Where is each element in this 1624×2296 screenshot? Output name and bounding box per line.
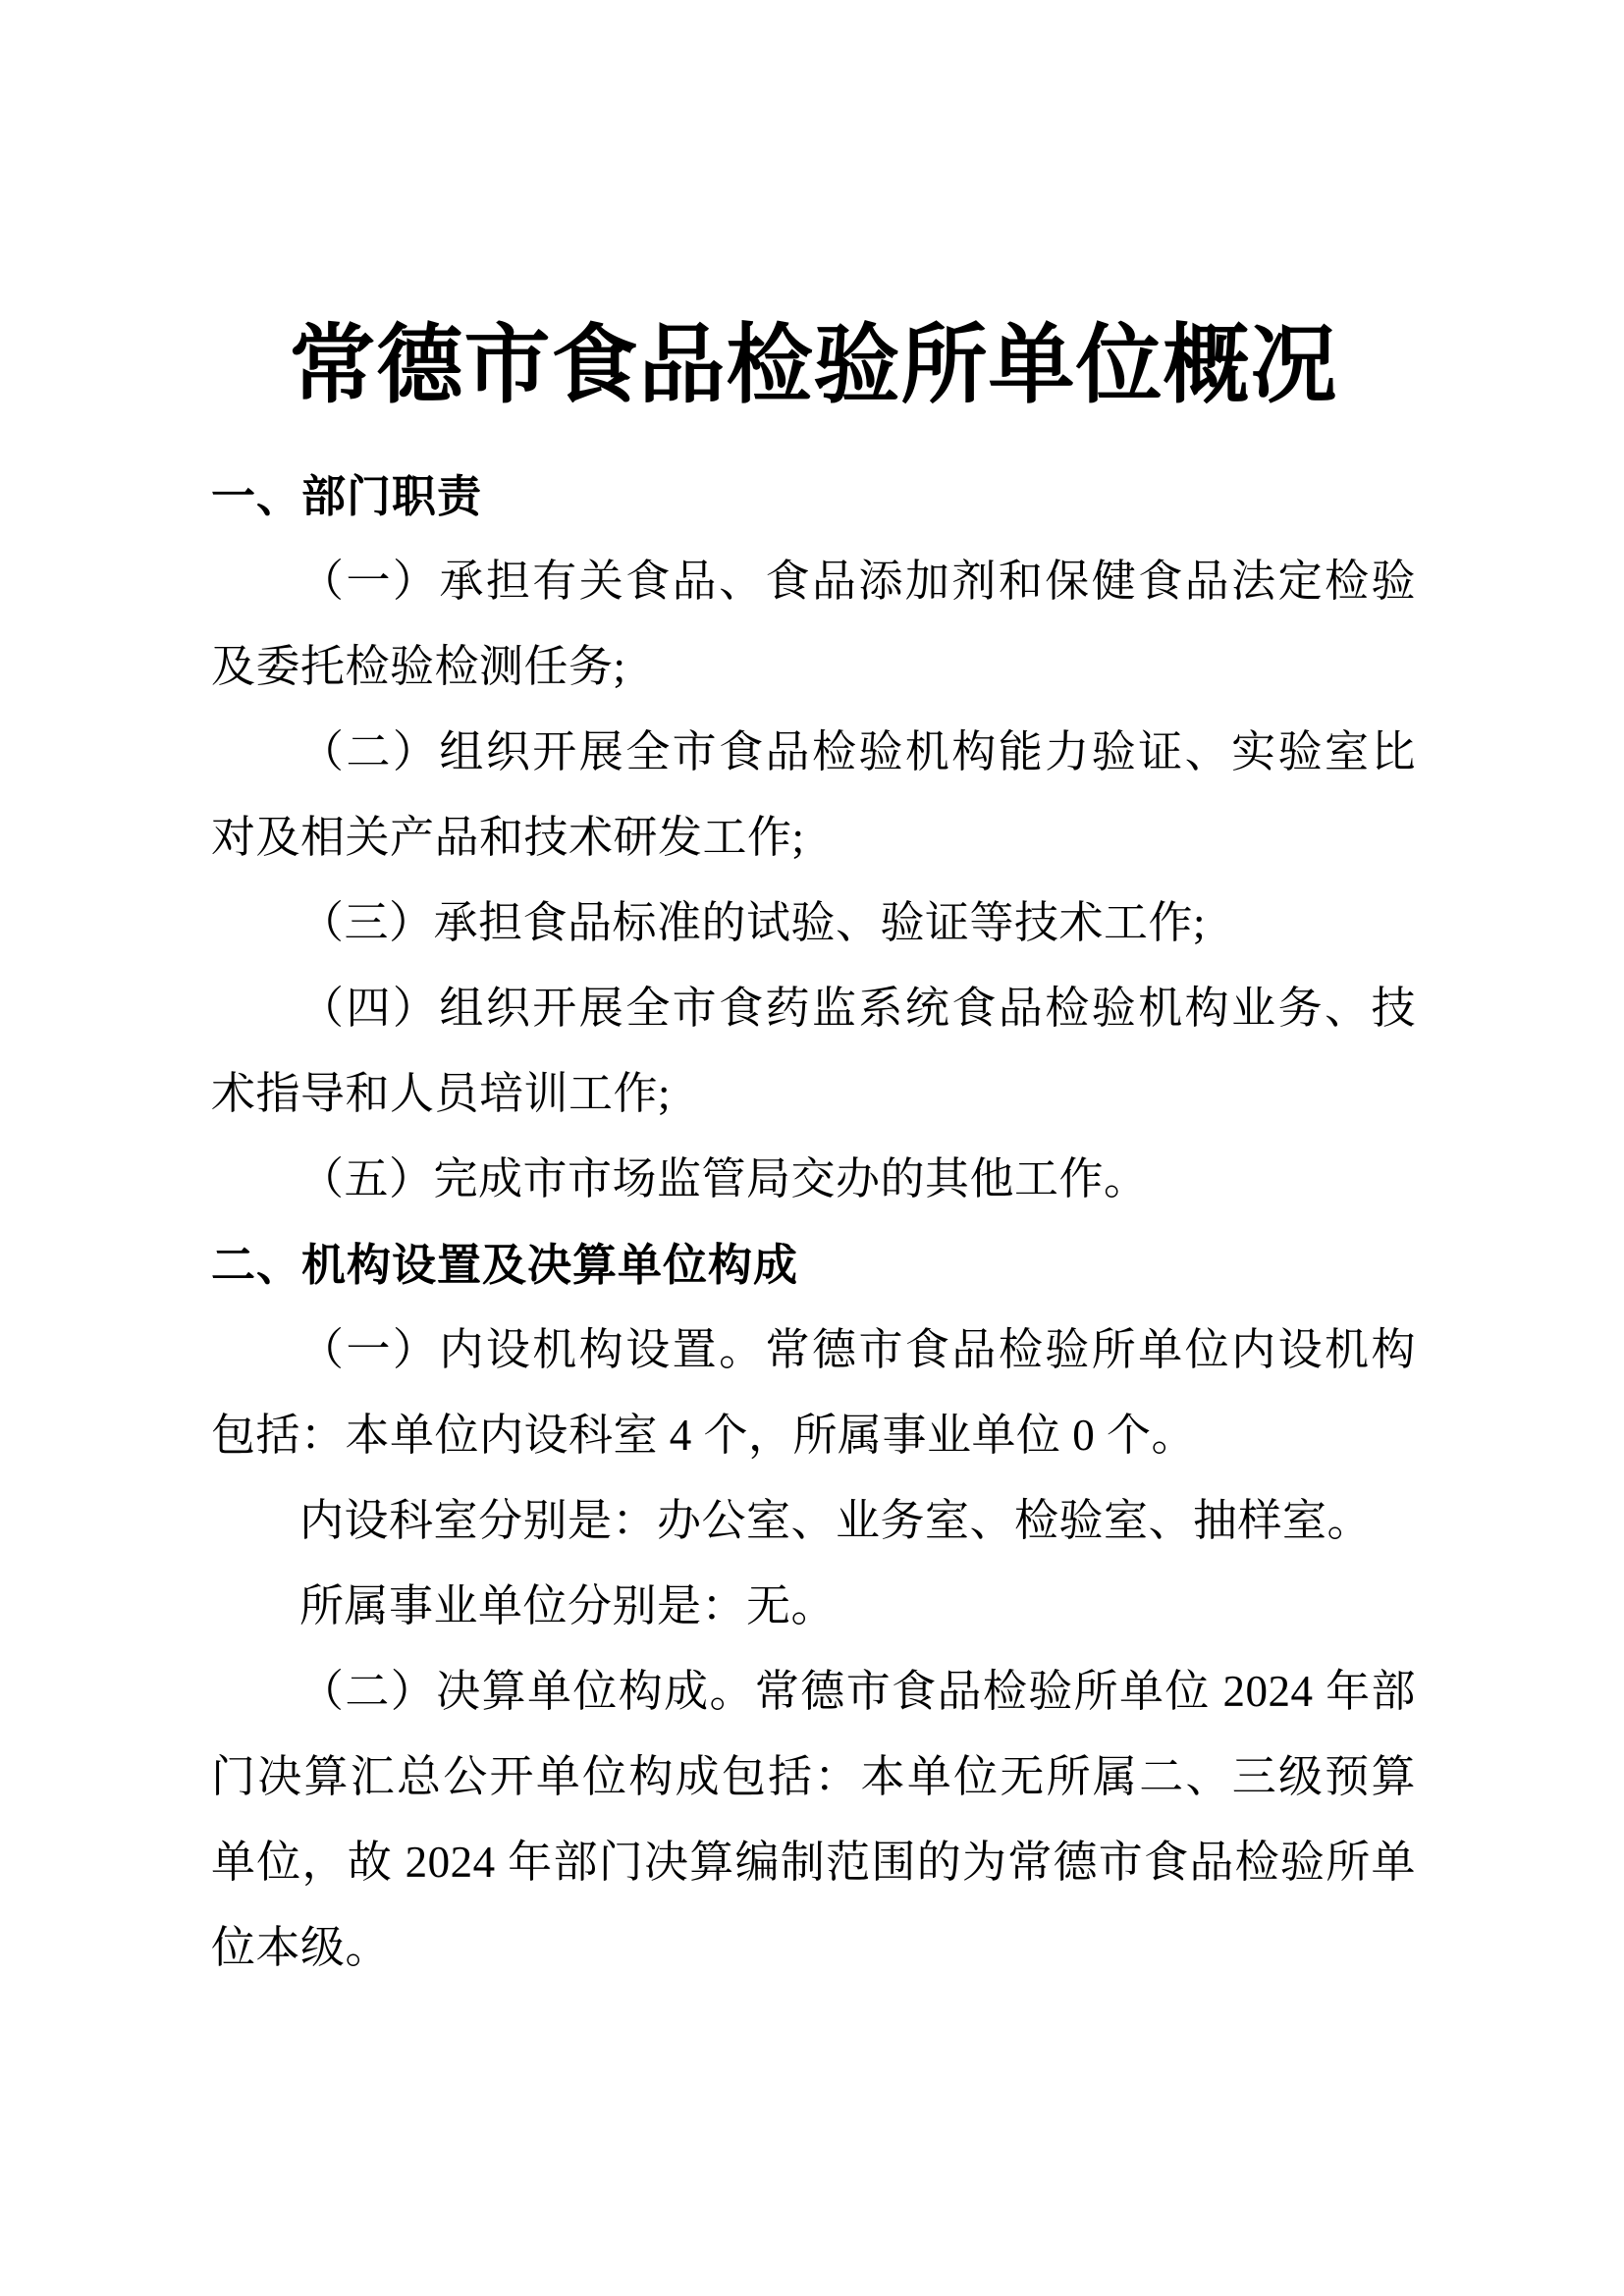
- section-1-paragraph-2: （二）组织开展全市食品检验机构能力验证、实验室比对及相关产品和技术研发工作;: [211, 710, 1416, 881]
- section-1-paragraph-4: （四）组织开展全市食药监系统食品检验机构业务、技术指导和人员培训工作;: [211, 966, 1416, 1137]
- document-page: 常德市食品检验所单位概况 一、部门职责 （一）承担有关食品、食品添加剂和保健食品…: [0, 0, 1624, 2296]
- section-2-paragraph-3: 所属事业单位分别是：无。: [211, 1564, 1416, 1649]
- section-1-paragraph-1: （一）承担有关食品、食品添加剂和保健食品法定检验及委托检验检测任务;: [211, 539, 1416, 710]
- section-1-heading: 一、部门职责: [211, 454, 1416, 539]
- section-2-paragraph-1: （一）内设机构设置。常德市食品检验所单位内设机构包括：本单位内设科室 4 个，所…: [211, 1308, 1416, 1478]
- section-2-paragraph-2: 内设科室分别是：办公室、业务室、检验室、抽样室。: [211, 1478, 1416, 1564]
- document-title: 常德市食品检验所单位概况: [211, 306, 1416, 428]
- section-2-paragraph-4: （二）决算单位构成。常德市食品检验所单位 2024 年部门决算汇总公开单位构成包…: [211, 1649, 1416, 1991]
- section-1-paragraph-3: （三）承担食品标准的试验、验证等技术工作;: [211, 881, 1416, 966]
- section-1-paragraph-5: （五）完成市市场监管局交办的其他工作。: [211, 1137, 1416, 1222]
- section-2-heading: 二、机构设置及决算单位构成: [211, 1222, 1416, 1308]
